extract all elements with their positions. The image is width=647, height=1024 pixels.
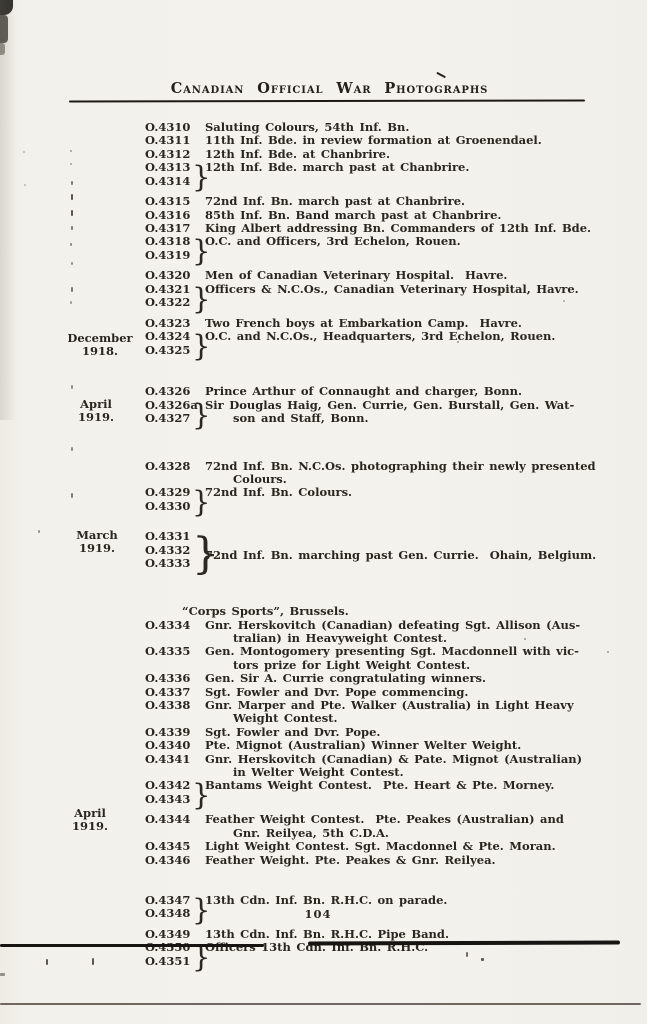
scan-speck xyxy=(563,300,565,302)
entry-caption-line: 72nd Inf. Bn. Colours. xyxy=(205,486,610,499)
catalog-entry: O.4320Men of Canadian Veterinary Hospita… xyxy=(145,269,610,282)
entry-caption: King Albert addressing Bn. Commanders of… xyxy=(202,222,610,235)
page-title: Canadian Official War Photographs xyxy=(0,80,647,97)
catalog-entry: O.4335Gen. Montogomery presenting Sgt. M… xyxy=(145,645,610,672)
entry-id: O.4311 xyxy=(145,134,192,147)
entry-brace-column xyxy=(192,686,202,699)
entry-caption: 11th Inf. Bde. in review formation at Gr… xyxy=(202,134,610,147)
entry-caption: 85th Inf. Bn. Band march past at Chanbri… xyxy=(202,209,610,222)
entry-id: O.4347 xyxy=(145,894,192,907)
entry-ids: O.4338 xyxy=(145,699,192,726)
brace-icon: } xyxy=(192,282,210,316)
entry-caption-line: 12th Inf. Bde. at Chanbrire. xyxy=(205,148,610,161)
entry-caption: Gen. Montogomery presenting Sgt. Macdonn… xyxy=(202,645,610,672)
scan-edge-shadow xyxy=(0,0,16,420)
catalog-entry: O.4321O.4322}Officers & N.C.Os., Canadia… xyxy=(145,283,610,317)
entry-id: O.4314 xyxy=(145,175,192,188)
catalog-entry: O.4326aO.4327}Sir Douglas Haig, Gen. Cur… xyxy=(145,399,610,433)
scan-speck xyxy=(457,341,459,343)
scan-speck xyxy=(71,385,73,389)
entry-caption-line: 72nd Inf. Bn. N.C.Os. photographing thei… xyxy=(205,460,610,473)
catalog-entry: O.4336Gen. Sir A. Currie congratulating … xyxy=(145,672,610,685)
entry-id: O.4351 xyxy=(145,955,192,968)
entry-caption: 72nd Inf. Bn. march past at Chanbrire. xyxy=(202,195,610,208)
margin-date-line: April xyxy=(60,398,132,411)
entry-id: O.4342 xyxy=(145,779,192,792)
scan-speck xyxy=(71,493,73,498)
entry-caption: Gnr. Herskovitch (Canadian) defeating Sg… xyxy=(202,619,610,646)
entry-caption-line: in Welter Weight Contest. xyxy=(205,766,610,779)
entry-ids: O.4324O.4325 xyxy=(145,330,192,364)
entry-brace-column: } xyxy=(192,161,202,195)
entry-caption-line: Gen. Montogomery presenting Sgt. Macdonn… xyxy=(205,645,610,658)
entry-id: O.4320 xyxy=(145,269,192,282)
scan-speck xyxy=(70,301,72,304)
entry-caption: Feather Weight. Pte. Peakes & Gnr. Reily… xyxy=(202,854,610,867)
entry-caption-line: 13th Cdn. Inf. Bn. R.H.C. on parade. xyxy=(205,894,610,907)
catalog-entry: O.4345Light Weight Contest. Sgt. Macdonn… xyxy=(145,840,610,853)
brace-icon: } xyxy=(192,778,210,812)
entry-id: O.4339 xyxy=(145,726,192,739)
scan-speck xyxy=(607,651,609,653)
entry-caption: 13th Cdn. Inf. Bn. R.H.C. Pipe Band. xyxy=(202,928,610,941)
entry-id: O.4349 xyxy=(145,928,192,941)
entry-caption: 72nd Inf. Bn. Colours. xyxy=(202,486,610,520)
entry-caption: Officers & N.C.Os., Canadian Veterinary … xyxy=(202,283,610,317)
entry-caption-line: Two French boys at Embarkation Camp. Hav… xyxy=(205,317,610,330)
entry-brace-column xyxy=(192,854,202,867)
entry-ids: O.4341 xyxy=(145,753,192,780)
entry-id: O.4325 xyxy=(145,344,192,357)
entry-ids: O.4323 xyxy=(145,317,192,330)
entry-caption-line: Gnr. Herskovitch (Canadian) & Pate. Mign… xyxy=(205,753,610,766)
entry-id: O.4322 xyxy=(145,296,192,309)
scan-speck xyxy=(38,530,40,533)
entry-brace-column xyxy=(192,222,202,235)
entry-caption-line: Sgt. Fowler and Dvr. Pope commencing. xyxy=(205,686,610,699)
entry-caption-line: Weight Contest. xyxy=(205,712,610,725)
entry-caption-line: tors prize for Light Weight Contest. xyxy=(205,659,610,672)
entry-ids: O.4328 xyxy=(145,460,192,487)
entry-ids: O.4346 xyxy=(145,854,192,867)
brace-icon: } xyxy=(192,485,210,519)
entry-id: O.4336 xyxy=(145,672,192,685)
entry-brace-column: } xyxy=(192,330,202,364)
entry-caption: O.C. and Officers, 3rd Echelon, Rouen. xyxy=(202,235,610,269)
entry-caption-line: Prince Arthur of Connaught and charger, … xyxy=(205,385,610,398)
entry-brace-column xyxy=(192,134,202,147)
entry-ids: O.4344 xyxy=(145,813,192,840)
entry-brace-column xyxy=(192,195,202,208)
scan-speck xyxy=(71,287,73,292)
catalog-entry: O.431212th Inf. Bde. at Chanbrire. xyxy=(145,148,610,161)
scan-speck xyxy=(70,243,72,246)
brace-icon: } xyxy=(192,529,219,579)
entry-caption-line: Gnr. Herskovitch (Canadian) defeating Sg… xyxy=(205,619,610,632)
entry-id: O.4345 xyxy=(145,840,192,853)
entry-brace-column xyxy=(192,619,202,646)
entry-caption: Feather Weight Contest. Pte. Peakes (Aus… xyxy=(202,813,610,840)
entry-id: O.4310 xyxy=(145,121,192,134)
entry-id: O.4319 xyxy=(145,249,192,262)
entry-ids: O.4318O.4319 xyxy=(145,235,192,269)
scan-speck xyxy=(70,163,72,165)
entry-id: O.4326 xyxy=(145,385,192,398)
entry-caption: 72nd Inf. Bn. marching past Gen. Currie.… xyxy=(202,530,610,580)
entry-id: O.4317 xyxy=(145,222,192,235)
entry-caption-line: Men of Canadian Veterinary Hospital. Hav… xyxy=(205,269,610,282)
entry-caption-line: 13th Cdn. Inf. Bn. R.H.C. Pipe Band. xyxy=(205,928,610,941)
entry-id: O.4337 xyxy=(145,686,192,699)
entry-id: O.4327 xyxy=(145,412,192,425)
entry-brace-column xyxy=(192,840,202,853)
scan-speck xyxy=(524,638,526,640)
entry-id: O.4313 xyxy=(145,161,192,174)
entry-caption-line: Sir Douglas Haig, Gen. Currie, Gen. Burs… xyxy=(205,399,610,412)
entry-caption-line: 11th Inf. Bde. in review formation at Gr… xyxy=(205,134,610,147)
catalog-entry: O.4340Pte. Mignot (Australian) Winner We… xyxy=(145,739,610,752)
entry-caption-line: Feather Weight. Pte. Peakes & Gnr. Reily… xyxy=(205,854,610,867)
scan-speck xyxy=(70,150,72,152)
entry-caption-line: King Albert addressing Bn. Commanders of… xyxy=(205,222,610,235)
scan-mark xyxy=(436,72,446,79)
entry-caption-line: 72nd Inf. Bn. marching past Gen. Currie.… xyxy=(205,549,610,562)
scan-speck xyxy=(341,757,343,759)
entry-ids: O.4312 xyxy=(145,148,192,161)
entry-brace-column xyxy=(192,385,202,398)
entry-brace-column xyxy=(192,726,202,739)
entry-id: O.4333 xyxy=(145,557,192,570)
entry-caption: Prince Arthur of Connaught and charger, … xyxy=(202,385,610,398)
entry-id: O.4312 xyxy=(145,148,192,161)
entry-caption-line: Gnr. Marper and Pte. Walker (Australia) … xyxy=(205,699,610,712)
catalog-entry: O.4338Gnr. Marper and Pte. Walker (Austr… xyxy=(145,699,610,726)
entry-id: O.4344 xyxy=(145,813,192,826)
catalog-entry: O.431111th Inf. Bde. in review formation… xyxy=(145,134,610,147)
entry-caption-line: Gen. Sir A. Currie congratulating winner… xyxy=(205,672,610,685)
entry-id: O.4338 xyxy=(145,699,192,712)
scan-blotch xyxy=(0,15,8,43)
scanned-catalog-page: Canadian Official War Photographs O.4310… xyxy=(0,0,647,1024)
brace-icon: } xyxy=(192,234,210,268)
margin-date-march-1919: March 1919. xyxy=(57,529,137,556)
page-edge-line xyxy=(0,1003,641,1005)
entry-ids: O.4315 xyxy=(145,195,192,208)
entry-caption: Light Weight Contest. Sgt. Macdonnel & P… xyxy=(202,840,610,853)
entry-ids: O.4345 xyxy=(145,840,192,853)
entry-caption: 12th Inf. Bde. at Chanbrire. xyxy=(202,148,610,161)
scan-speck xyxy=(71,210,73,216)
catalog-entry: O.4339Sgt. Fowler and Dvr. Pope. xyxy=(145,726,610,739)
entry-brace-column xyxy=(192,645,202,672)
entry-id: O.4340 xyxy=(145,739,192,752)
entry-ids: O.4313O.4314 xyxy=(145,161,192,195)
entry-ids: O.4339 xyxy=(145,726,192,739)
entry-id: O.4335 xyxy=(145,645,192,658)
entry-caption: Gnr. Marper and Pte. Walker (Australia) … xyxy=(202,699,610,726)
scan-speck xyxy=(0,973,5,976)
entry-ids: O.4326aO.4327 xyxy=(145,399,192,433)
entry-ids: O.4349 xyxy=(145,928,192,941)
entry-ids: O.4321O.4322 xyxy=(145,283,192,317)
catalog-entry: O.4344Feather Weight Contest. Pte. Peake… xyxy=(145,813,610,840)
margin-date-line: April xyxy=(52,807,128,820)
margin-date-december-1918: December 1918. xyxy=(60,332,140,359)
entry-caption-line: Feather Weight Contest. Pte. Peakes (Aus… xyxy=(205,813,610,826)
catalog-entry: O.4310Saluting Colours, 54th Inf. Bn. xyxy=(145,121,610,134)
entry-caption-line: Light Weight Contest. Sgt. Macdonnel & P… xyxy=(205,840,610,853)
entry-caption-line: Officers & N.C.Os., Canadian Veterinary … xyxy=(205,283,610,296)
scan-speck xyxy=(71,262,73,265)
entry-id: O.4318 xyxy=(145,235,192,248)
entry-id: O.4329 xyxy=(145,486,192,499)
margin-date-line: 1919. xyxy=(60,411,132,424)
entry-ids: O.4334 xyxy=(145,619,192,646)
brace-icon: } xyxy=(192,329,210,363)
brace-icon: } xyxy=(192,160,210,194)
entry-caption: O.C. and N.C.Os., Headquarters, 3rd Eche… xyxy=(202,330,610,364)
scan-blotch xyxy=(0,43,5,55)
entry-brace-column: } xyxy=(192,530,202,580)
entry-caption-line: 72nd Inf. Bn. march past at Chanbrire. xyxy=(205,195,610,208)
catalog-entry: O.432872nd Inf. Bn. N.C.Os. photographin… xyxy=(145,460,610,487)
header-rule xyxy=(69,99,585,102)
scan-speck xyxy=(23,151,25,153)
entry-brace-column: } xyxy=(192,399,202,433)
entry-caption: Bantams Weight Contest. Pte. Heart & Pte… xyxy=(202,779,610,813)
entry-ids: O.4342O.4343 xyxy=(145,779,192,813)
catalog-entry: O.4331O.4332O.4333}72nd Inf. Bn. marchin… xyxy=(145,530,610,580)
catalog-entry: O.4313O.4314}12th Inf. Bde. march past a… xyxy=(145,161,610,195)
entry-id: O.4326a xyxy=(145,399,192,412)
scan-speck xyxy=(71,194,73,200)
entry-caption-line: O.C. and N.C.Os., Headquarters, 3rd Eche… xyxy=(205,330,610,343)
scan-speck xyxy=(71,226,73,230)
entry-ids: O.4329O.4330 xyxy=(145,486,192,520)
entry-ids: O.4317 xyxy=(145,222,192,235)
scan-speck xyxy=(24,184,26,186)
margin-date-line: December xyxy=(60,332,140,345)
margin-date-april-1919-first: April 1919. xyxy=(60,398,132,425)
entry-ids: O.4316 xyxy=(145,209,192,222)
entry-brace-column xyxy=(192,813,202,840)
entry-ids: O.4326 xyxy=(145,385,192,398)
entry-brace-column xyxy=(192,460,202,487)
bottom-rule-left-segment xyxy=(0,944,264,947)
entry-brace-column xyxy=(192,672,202,685)
margin-date-line: 1919. xyxy=(57,542,137,555)
entry-id: O.4343 xyxy=(145,793,192,806)
entry-id: O.4315 xyxy=(145,195,192,208)
catalog-entry: O.4346Feather Weight. Pte. Peakes & Gnr.… xyxy=(145,854,610,867)
entry-ids: O.4340 xyxy=(145,739,192,752)
entry-ids: O.4311 xyxy=(145,134,192,147)
entry-ids: O.4320 xyxy=(145,269,192,282)
entry-id: O.4324 xyxy=(145,330,192,343)
entry-caption-line: Sgt. Fowler and Dvr. Pope. xyxy=(205,726,610,739)
entry-caption: 12th Inf. Bde. march past at Chanbrire. xyxy=(202,161,610,195)
catalog-entry: O.4317King Albert addressing Bn. Command… xyxy=(145,222,610,235)
scan-speck xyxy=(481,958,484,961)
entry-brace-column xyxy=(192,269,202,282)
entry-brace-column: } xyxy=(192,283,202,317)
margin-date-april-1919-second: April 1919. xyxy=(52,807,128,834)
catalog-entry: O.431572nd Inf. Bn. march past at Chanbr… xyxy=(145,195,610,208)
entry-brace-column xyxy=(192,209,202,222)
margin-date-line: March xyxy=(57,529,137,542)
entry-id: O.4328 xyxy=(145,460,192,473)
entry-caption-line: Gnr. Reilyea, 5th C.D.A. xyxy=(205,827,610,840)
entry-brace-column: } xyxy=(192,779,202,813)
entry-caption: Men of Canadian Veterinary Hospital. Hav… xyxy=(202,269,610,282)
entry-brace-column xyxy=(192,739,202,752)
entry-id: O.4334 xyxy=(145,619,192,632)
catalog-entry: O.4329O.4330}72nd Inf. Bn. Colours. xyxy=(145,486,610,520)
entry-caption: Gen. Sir A. Currie congratulating winner… xyxy=(202,672,610,685)
entry-brace-column xyxy=(192,928,202,941)
catalog-entry: O.434913th Cdn. Inf. Bn. R.H.C. Pipe Ban… xyxy=(145,928,610,941)
scan-speck xyxy=(46,959,48,965)
entry-ids: O.4335 xyxy=(145,645,192,672)
catalog-entry: O.4337Sgt. Fowler and Dvr. Pope commenci… xyxy=(145,686,610,699)
scan-speck xyxy=(71,447,73,451)
catalog-entry: O.4326Prince Arthur of Connaught and cha… xyxy=(145,385,610,398)
entry-caption-line: O.C. and Officers, 3rd Echelon, Rouen. xyxy=(205,235,610,248)
catalog-entry: O.4341Gnr. Herskovitch (Canadian) & Pate… xyxy=(145,753,610,780)
entry-brace-column xyxy=(192,121,202,134)
entry-caption-line: 85th Inf. Bn. Band march past at Chanbri… xyxy=(205,209,610,222)
entry-brace-column xyxy=(192,699,202,726)
entry-id: O.4346 xyxy=(145,854,192,867)
entry-caption-line: tralian) in Heavyweight Contest. xyxy=(205,632,610,645)
entry-ids: O.4337 xyxy=(145,686,192,699)
catalog-entry: O.4334Gnr. Herskovitch (Canadian) defeat… xyxy=(145,619,610,646)
entry-ids: O.4331O.4332O.4333 xyxy=(145,530,192,580)
entry-caption-line: Saluting Colours, 54th Inf. Bn. xyxy=(205,121,610,134)
catalog-entry: O.4318O.4319}O.C. and Officers, 3rd Eche… xyxy=(145,235,610,269)
scan-speck xyxy=(71,181,73,185)
entry-caption: Sir Douglas Haig, Gen. Currie, Gen. Burs… xyxy=(202,399,610,433)
entry-brace-column: } xyxy=(192,235,202,269)
entry-ids: O.4310 xyxy=(145,121,192,134)
entry-caption-line: Pte. Mignot (Australian) Winner Welter W… xyxy=(205,739,610,752)
entry-id: O.4323 xyxy=(145,317,192,330)
entry-ids: O.4336 xyxy=(145,672,192,685)
entry-id: O.4331 xyxy=(145,530,192,543)
catalog-entries: O.4310Saluting Colours, 54th Inf. Bn.O.4… xyxy=(145,121,610,975)
section-heading: “Corps Sports”, Brussels. xyxy=(145,605,610,618)
entry-caption: Saluting Colours, 54th Inf. Bn. xyxy=(202,121,610,134)
entry-id: O.4332 xyxy=(145,544,192,557)
margin-date-line: 1918. xyxy=(60,345,140,358)
catalog-entry: O.4342O.4343}Bantams Weight Contest. Pte… xyxy=(145,779,610,813)
entry-caption: Two French boys at Embarkation Camp. Hav… xyxy=(202,317,610,330)
entry-caption: Pte. Mignot (Australian) Winner Welter W… xyxy=(202,739,610,752)
catalog-entry: O.431685th Inf. Bn. Band march past at C… xyxy=(145,209,610,222)
entry-caption-line: 12th Inf. Bde. march past at Chanbrire. xyxy=(205,161,610,174)
entry-brace-column xyxy=(192,753,202,780)
catalog-entry: O.4324O.4325}O.C. and N.C.Os., Headquart… xyxy=(145,330,610,364)
entry-brace-column xyxy=(192,317,202,330)
entry-caption: Gnr. Herskovitch (Canadian) & Pate. Mign… xyxy=(202,753,610,780)
entry-caption: 72nd Inf. Bn. N.C.Os. photographing thei… xyxy=(202,460,610,487)
page-number: 104 xyxy=(0,907,636,921)
scan-speck xyxy=(92,958,94,965)
entry-id: O.4316 xyxy=(145,209,192,222)
entry-caption-line: Colours. xyxy=(205,473,610,486)
entry-id: O.4341 xyxy=(145,753,192,766)
entry-brace-column xyxy=(192,148,202,161)
entry-brace-column: } xyxy=(192,486,202,520)
entry-caption: Sgt. Fowler and Dvr. Pope. xyxy=(202,726,610,739)
scan-speck xyxy=(466,952,468,957)
entry-id: O.4330 xyxy=(145,500,192,513)
entry-caption-line: Bantams Weight Contest. Pte. Heart & Pte… xyxy=(205,779,610,792)
catalog-entry: O.4323Two French boys at Embarkation Cam… xyxy=(145,317,610,330)
entry-id: O.4321 xyxy=(145,283,192,296)
margin-date-line: 1919. xyxy=(52,820,128,833)
entry-caption-line: son and Staff, Bonn. xyxy=(205,412,610,425)
brace-icon: } xyxy=(192,398,210,432)
entry-caption: Sgt. Fowler and Dvr. Pope commencing. xyxy=(202,686,610,699)
